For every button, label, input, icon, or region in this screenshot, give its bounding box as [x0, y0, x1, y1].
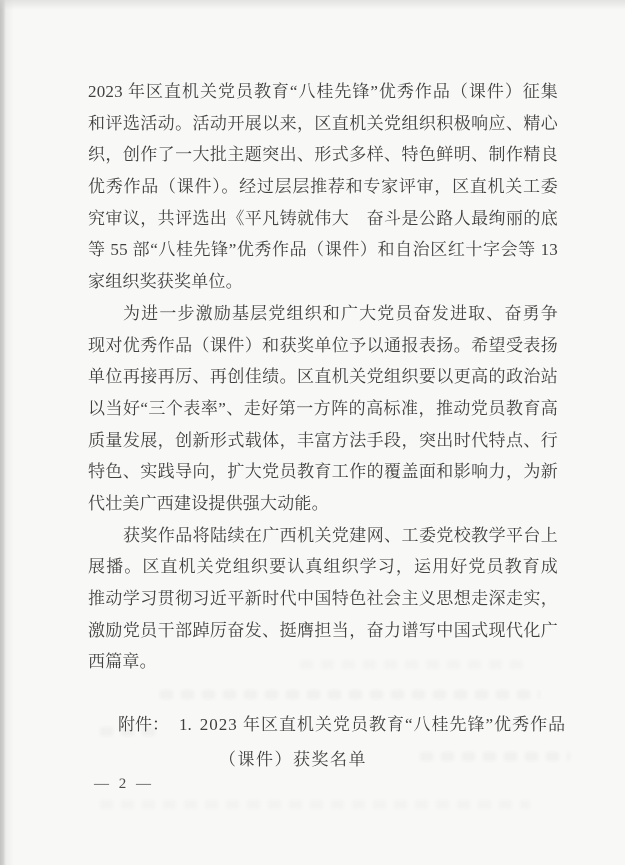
body-line: 推动学习贯彻习近平新时代中国特色社会主义思想走深走实，: [88, 583, 558, 615]
scan-edge-top: [0, 0, 625, 10]
body-line: 和评选活动。活动开展以来，区直机关党组织积极响应、精心组: [88, 108, 558, 140]
body-line: 质量发展，创新形式载体，丰富方法手段，突出时代特点、行业: [88, 425, 558, 457]
body-line: 以当好“三个表率”、走好第一方阵的高标准，推动党员教育高: [88, 393, 558, 425]
document-page: 2023 年区直机关党员教育“八桂先锋”优秀作品（课件）征集 和评选活动。活动开…: [0, 0, 625, 865]
attachment-number: 1.: [179, 715, 192, 734]
body-line: 获奖作品将陆续在广西机关党建网、工委党校教学平台上: [88, 520, 558, 552]
page-number: — 2 —: [94, 776, 154, 793]
body-line: 为进一步激励基层党组织和广大党员奋发进取、奋勇争先，: [88, 298, 558, 330]
attachment-title: 2023 年区直机关党员教育“八桂先锋”优秀作品: [200, 715, 566, 734]
attachment-label: 附件：: [118, 715, 169, 734]
ink-bleed-mark: [100, 800, 530, 809]
body-line: 优秀作品（课件）。经过层层推荐和专家评审，区直机关工委研: [88, 171, 558, 203]
body-line: 代壮美广西建设提供强大动能。: [88, 488, 558, 520]
body-line: 等 55 部“八桂先锋”优秀作品（课件）和自治区红十字会等 13: [88, 234, 558, 266]
body-line: 特色、实践导向，扩大党员教育工作的覆盖面和影响力，为新时: [88, 456, 558, 488]
document-body: 2023 年区直机关党员教育“八桂先锋”优秀作品（课件）征集 和评选活动。活动开…: [88, 76, 558, 678]
body-line: 西篇章。: [88, 646, 558, 678]
ink-bleed-mark: [160, 690, 540, 699]
body-line: 2023 年区直机关党员教育“八桂先锋”优秀作品（课件）征集: [88, 76, 558, 108]
body-line: 现对优秀作品（课件）和获奖单位予以通报表扬。希望受表扬的: [88, 330, 558, 362]
body-line: 家组织奖获奖单位。: [88, 266, 558, 298]
body-line: 究审议，共评选出《平凡铸就伟大 奋斗是公路人最绚丽的底色》: [88, 203, 558, 235]
body-line: 激励党员干部踔厉奋发、挺膺担当，奋力谱写中国式现代化广: [88, 615, 558, 647]
ink-bleed-mark: [420, 752, 570, 761]
attachment-line-2: （课件）获奖名单: [219, 744, 367, 776]
body-line: 织，创作了一大批主题突出、形式多样、特色鲜明、制作精良的: [88, 139, 558, 171]
body-line: 展播。区直机关党组织要认真组织学习，运用好党员教育成果，: [88, 551, 558, 583]
scan-edge-left: [0, 0, 14, 865]
body-line: 单位再接再厉、再创佳绩。区直机关党组织要以更高的政治站位，: [88, 361, 558, 393]
attachment-line-1: 附件：1.2023 年区直机关党员教育“八桂先锋”优秀作品: [118, 709, 566, 741]
